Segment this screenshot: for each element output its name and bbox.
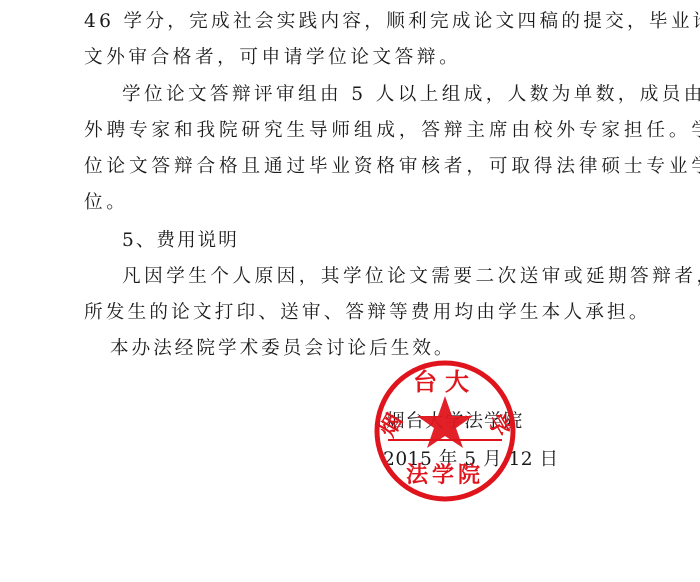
signature-organization: 烟台大学法学院 [386, 410, 523, 434]
paragraph-3-line-1: 凡因学生个人原因，其学位论文需要二次送审或延期答辩者， [122, 265, 700, 289]
paragraph-2-line-4: 位。 [84, 191, 128, 215]
paragraph-1-line-1: 46 学分，完成社会实践内容，顺利完成论文四稿的提交，毕业论 [84, 10, 700, 34]
paragraph-2-line-3: 位论文答辩合格且通过毕业资格审核者，可取得法律硕士专业学 [84, 155, 700, 179]
svg-text:台大: 台大 [413, 368, 477, 396]
signature-date: 2015 年 5 月 12 日 [383, 448, 559, 472]
paragraph-3-line-2: 所发生的论文打印、送审、答辩等费用均由学生本人承担。 [84, 301, 651, 325]
paragraph-2-line-1: 学位论文答辩评审组由 5 人以上组成，人数为单数，成员由 [122, 83, 700, 107]
paragraph-4-line-1: 本办法经院学术委员会讨论后生效。 [110, 337, 456, 361]
paragraph-1-line-2: 文外审合格者，可申请学位论文答辩。 [84, 46, 461, 70]
section-heading-fees: 5、费用说明 [122, 229, 239, 253]
paragraph-2-line-2: 外聘专家和我院研究生导师组成，答辩主席由校外专家担任。学 [84, 119, 700, 143]
